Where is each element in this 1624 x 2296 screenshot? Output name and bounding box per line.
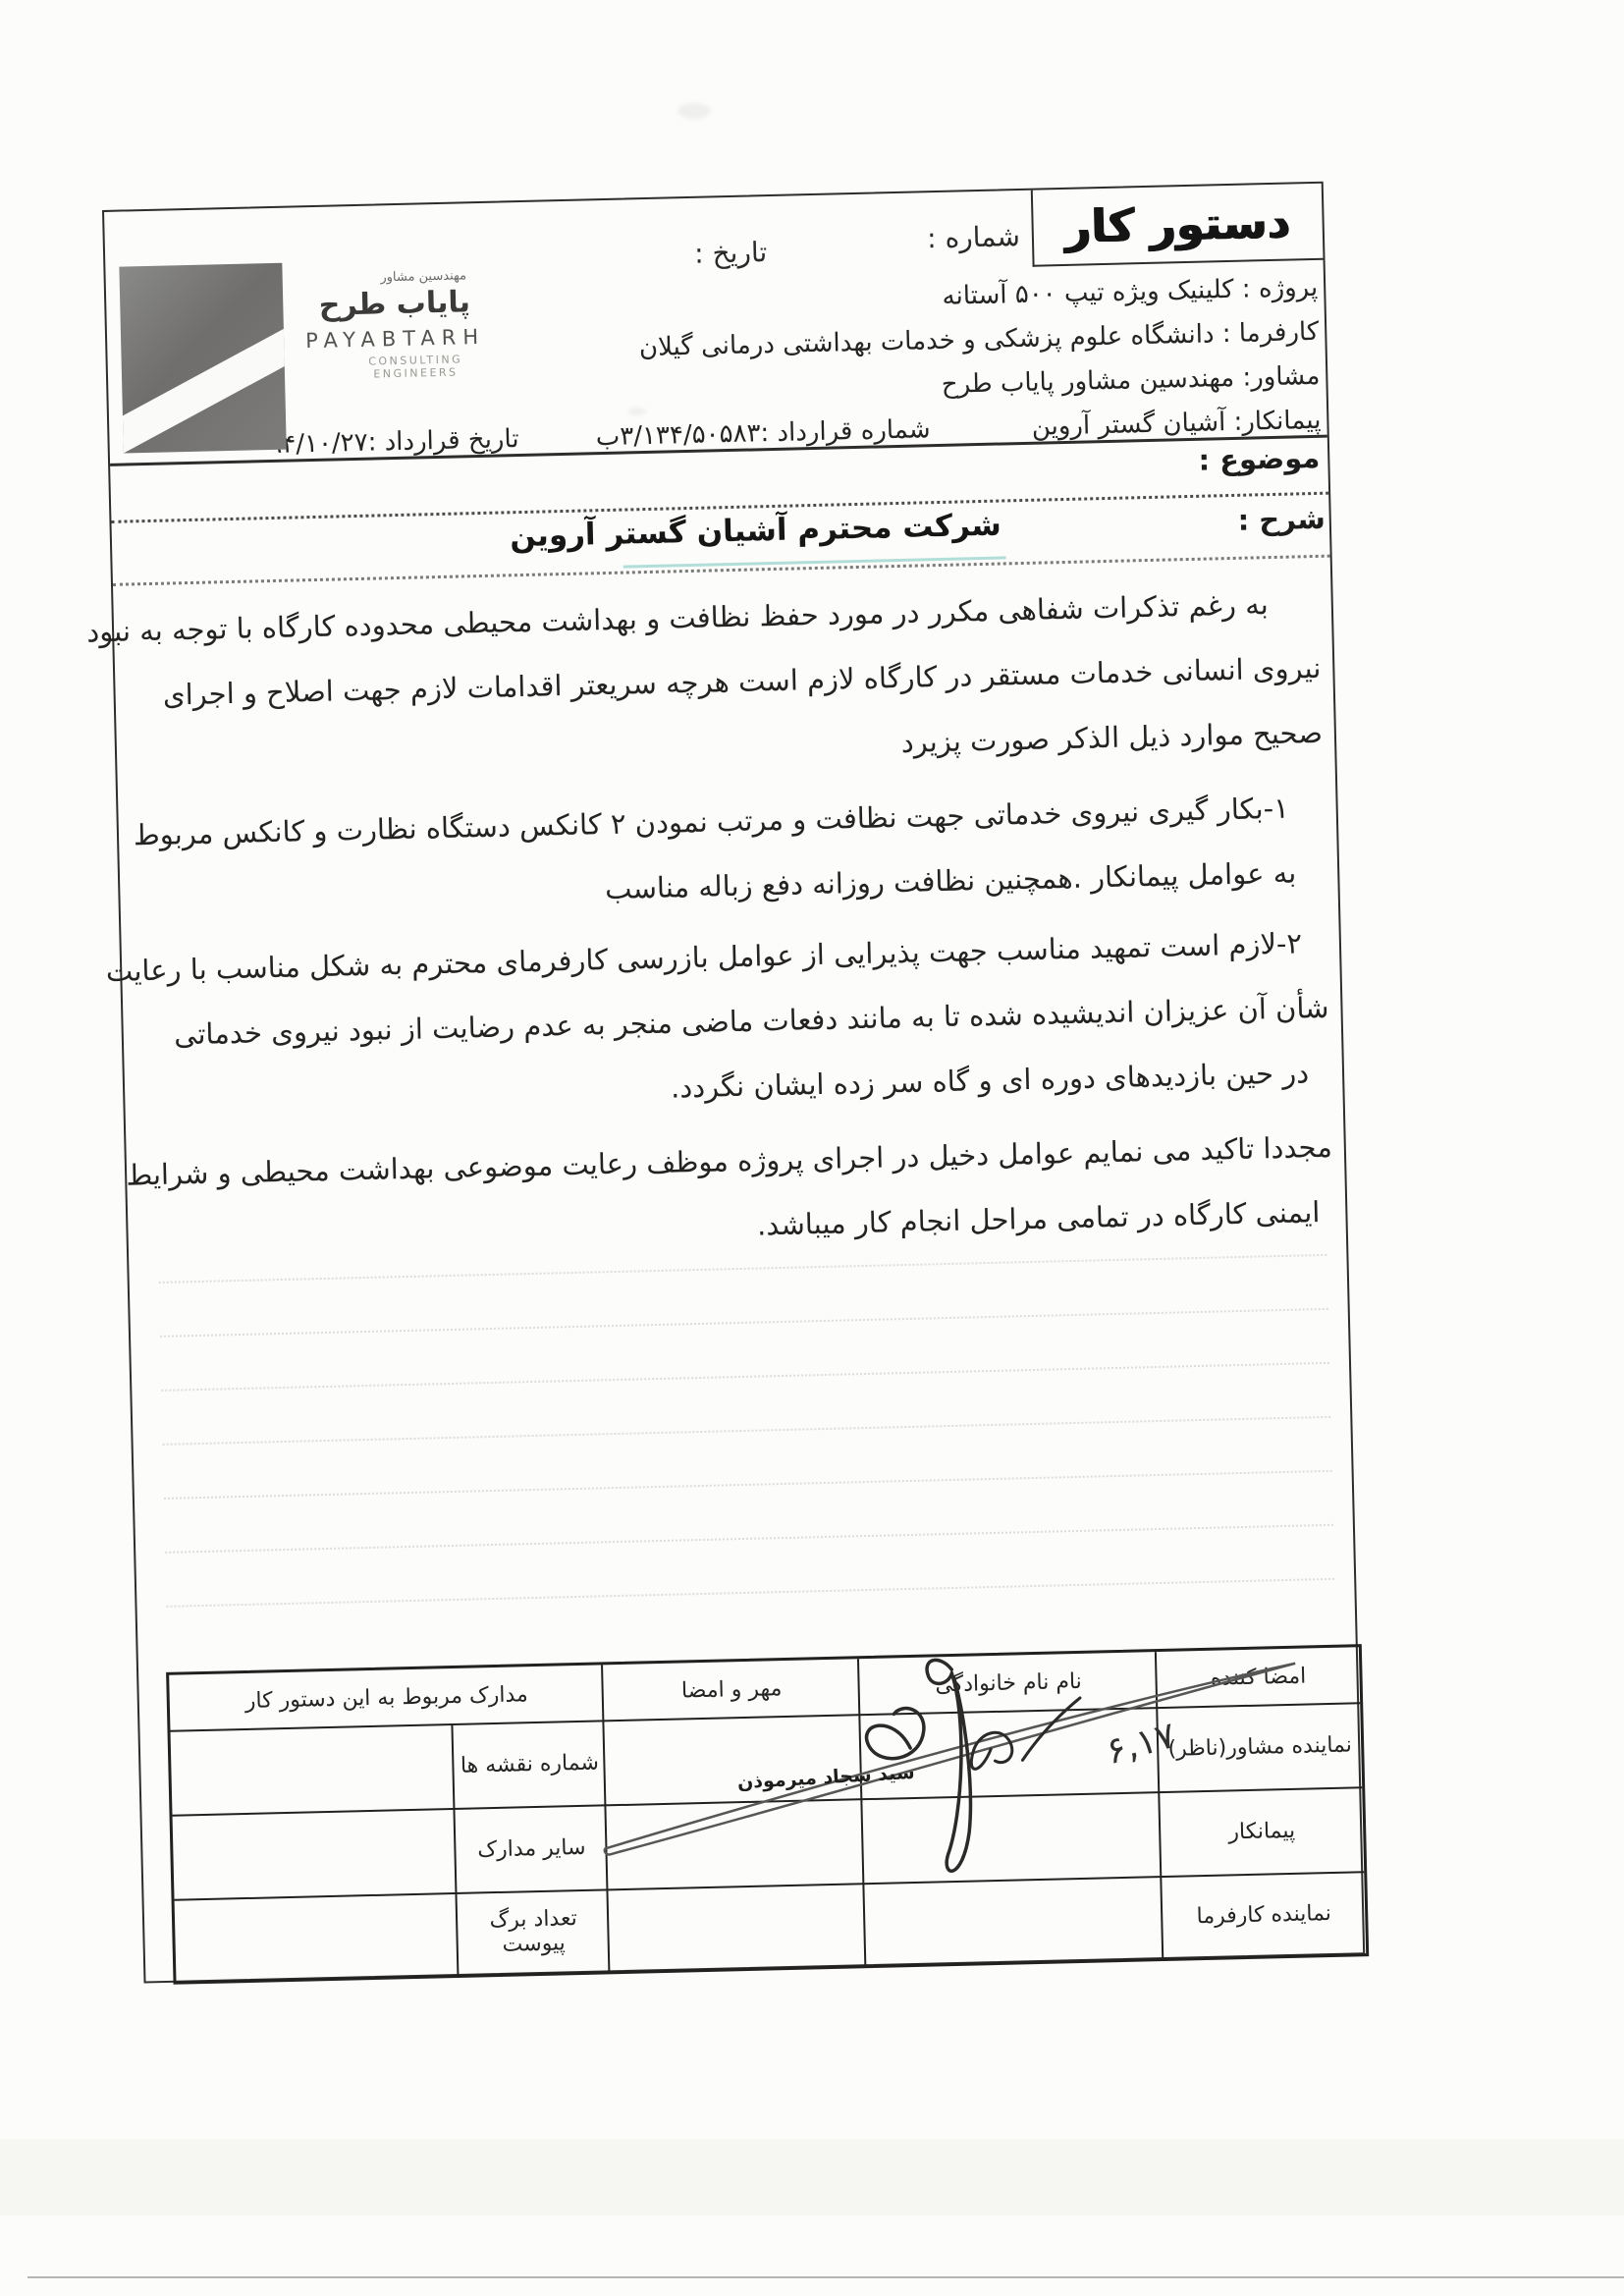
logo-en-subtitle: CONSULTING ENGINEERS	[330, 352, 503, 381]
faint-rule	[166, 1578, 1334, 1608]
letter-body: به رغم تذکرات شفاهی مکرر در مورد حفظ نظا…	[154, 571, 1334, 1272]
scanned-work-order-page: دستور کار شماره : تاریخ : پروژه : کلینیک…	[0, 0, 1624, 2296]
table-row-consultant-rep: نماینده مشاور(ناظر)	[1158, 1702, 1362, 1791]
table-row-attached-pages: تعداد برگ پیوست	[457, 1888, 610, 1975]
number-label: شماره :	[927, 220, 1020, 254]
faint-rule	[161, 1362, 1329, 1392]
faint-rule	[163, 1416, 1331, 1446]
table-row-contractor: پیمانکار	[1160, 1786, 1364, 1876]
date-label: تاریخ :	[694, 236, 768, 270]
signature-table: امضا کننده نام نام خانوادگی مهر و امضا م…	[166, 1644, 1369, 1985]
table-row-drawing-numbers: شماره نقشه ها	[453, 1720, 606, 1808]
table-row-client-rep: نماینده کارفرما	[1162, 1871, 1366, 1958]
scan-smudge	[677, 103, 711, 119]
logo-fa-name: پایاب طرح	[289, 284, 501, 323]
description-label: شرح :	[1237, 502, 1326, 537]
company-logo-mark	[119, 263, 286, 454]
document-frame: دستور کار شماره : تاریخ : پروژه : کلینیک…	[102, 182, 1365, 1984]
table-header-signer: امضا کننده	[1157, 1647, 1360, 1707]
paper-edge-line	[27, 2276, 1624, 2278]
salutation-line: شرکت محترم آشیان گستر آروین	[510, 508, 1001, 555]
faint-rule	[160, 1308, 1328, 1338]
table-header-docs: مدارک مربوط به این دستور کار	[169, 1665, 604, 1729]
table-header-seal: مهر و امضا	[603, 1659, 860, 1720]
logo-en-name: PAYABTARH	[290, 324, 502, 353]
company-logo-text: مهندسین مشاور پایاب طرح PAYABTARH CONSUL…	[289, 267, 503, 382]
scan-shade-band	[0, 2139, 1624, 2215]
faint-rule	[164, 1470, 1332, 1500]
table-row-other-docs: سایر مدارک	[455, 1804, 608, 1892]
table-header-name: نام نام خانوادگی	[859, 1652, 1158, 1714]
subject-label: موضوع :	[1198, 441, 1321, 477]
logo-diagonal-stripe	[119, 317, 286, 454]
title-cell: دستور کار	[1031, 184, 1324, 267]
faint-rule	[165, 1524, 1333, 1554]
document-title: دستور کار	[1064, 194, 1291, 252]
